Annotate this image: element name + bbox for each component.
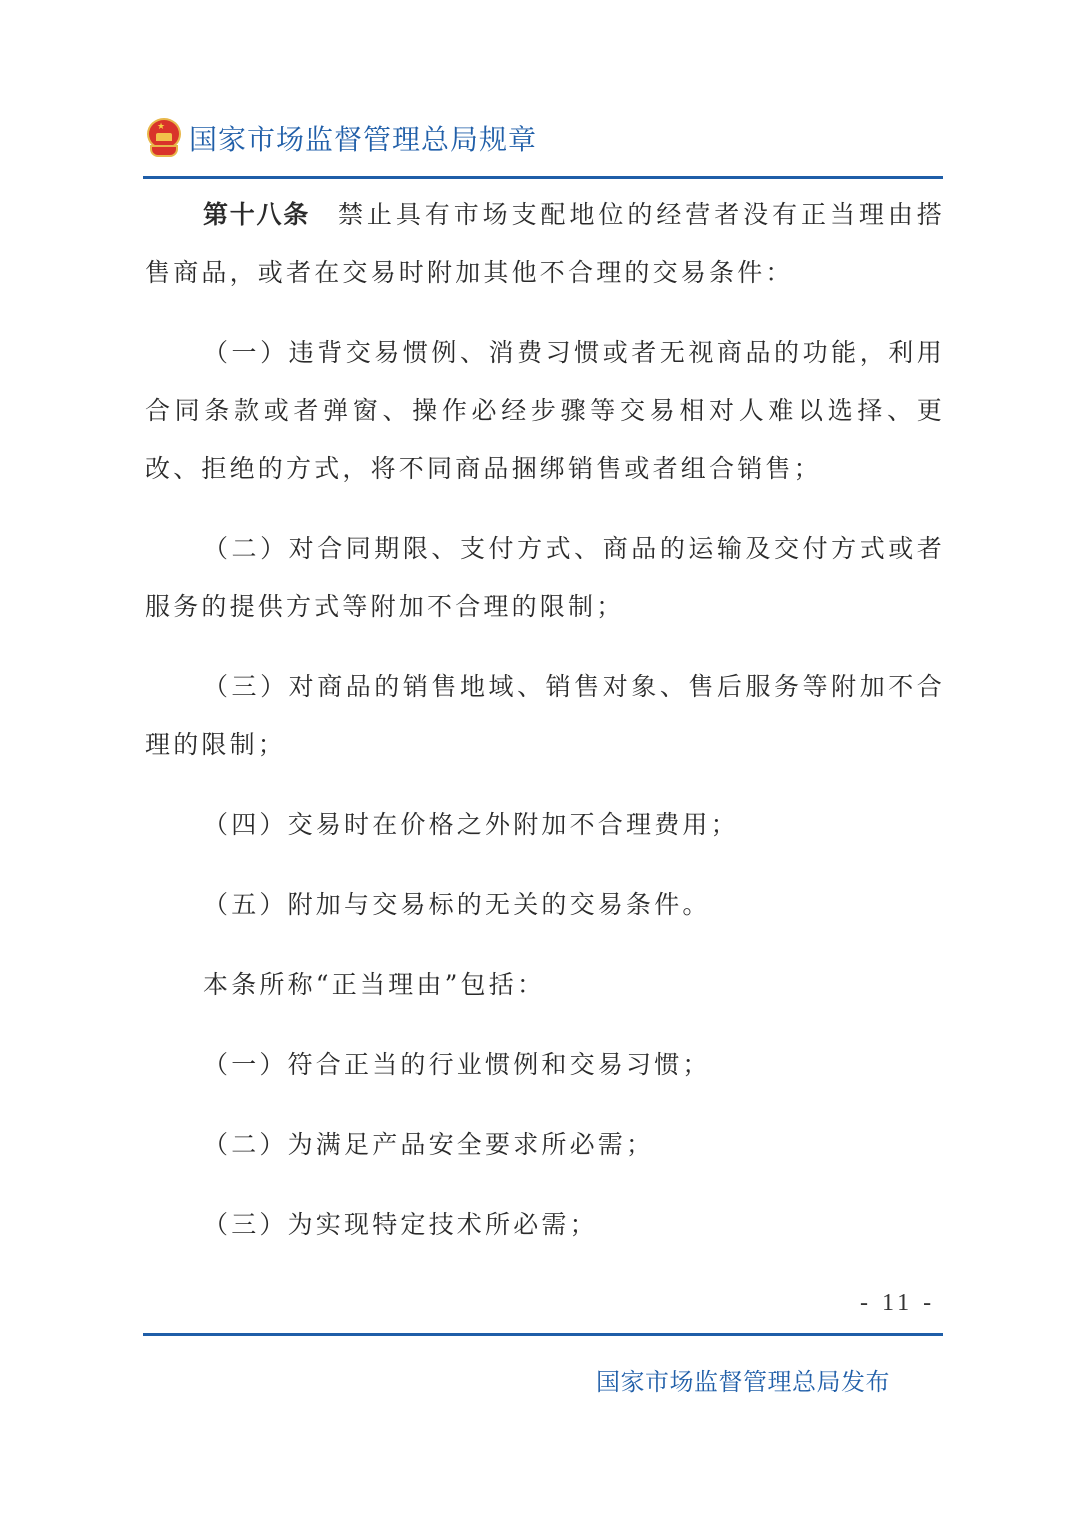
article-item: （三）对商品的销售地域、销售对象、售后服务等附加不合理的限制； xyxy=(145,658,945,774)
article-number: 第十八条 xyxy=(203,200,310,229)
page-header: ★ 国家市场监督管理总局规章 xyxy=(145,116,537,160)
document-body: 第十八条禁止具有市场支配地位的经营者没有正当理由搭售商品，或者在交易时附加其他不… xyxy=(145,186,945,1254)
header-divider xyxy=(143,176,943,179)
article-item: （四）交易时在价格之外附加不合理费用； xyxy=(145,796,945,854)
article-item: （五）附加与交易标的无关的交易条件。 xyxy=(145,876,945,934)
footer-publisher: 国家市场监督管理总局发布 xyxy=(596,1362,890,1397)
header-title: 国家市场监督管理总局规章 xyxy=(189,118,537,158)
document-page: ★ 国家市场监督管理总局规章 第十八条禁止具有市场支配地位的经营者没有正当理由搭… xyxy=(0,0,1074,1520)
justification-intro: 本条所称“正当理由”包括： xyxy=(145,956,945,1014)
justification-item: （三）为实现特定技术所必需； xyxy=(145,1196,945,1254)
page-number: - 11 - xyxy=(860,1290,935,1317)
justification-item: （一）符合正当的行业惯例和交易习惯； xyxy=(145,1036,945,1094)
justification-item: （二）为满足产品安全要求所必需； xyxy=(145,1116,945,1174)
national-emblem-icon: ★ xyxy=(145,117,183,159)
footer-divider xyxy=(143,1333,943,1336)
article-item: （一）违背交易惯例、消费习惯或者无视商品的功能，利用合同条款或者弹窗、操作必经步… xyxy=(145,324,945,498)
article-item: （二）对合同期限、支付方式、商品的运输及交付方式或者服务的提供方式等附加不合理的… xyxy=(145,520,945,636)
article-paragraph: 第十八条禁止具有市场支配地位的经营者没有正当理由搭售商品，或者在交易时附加其他不… xyxy=(145,186,945,302)
